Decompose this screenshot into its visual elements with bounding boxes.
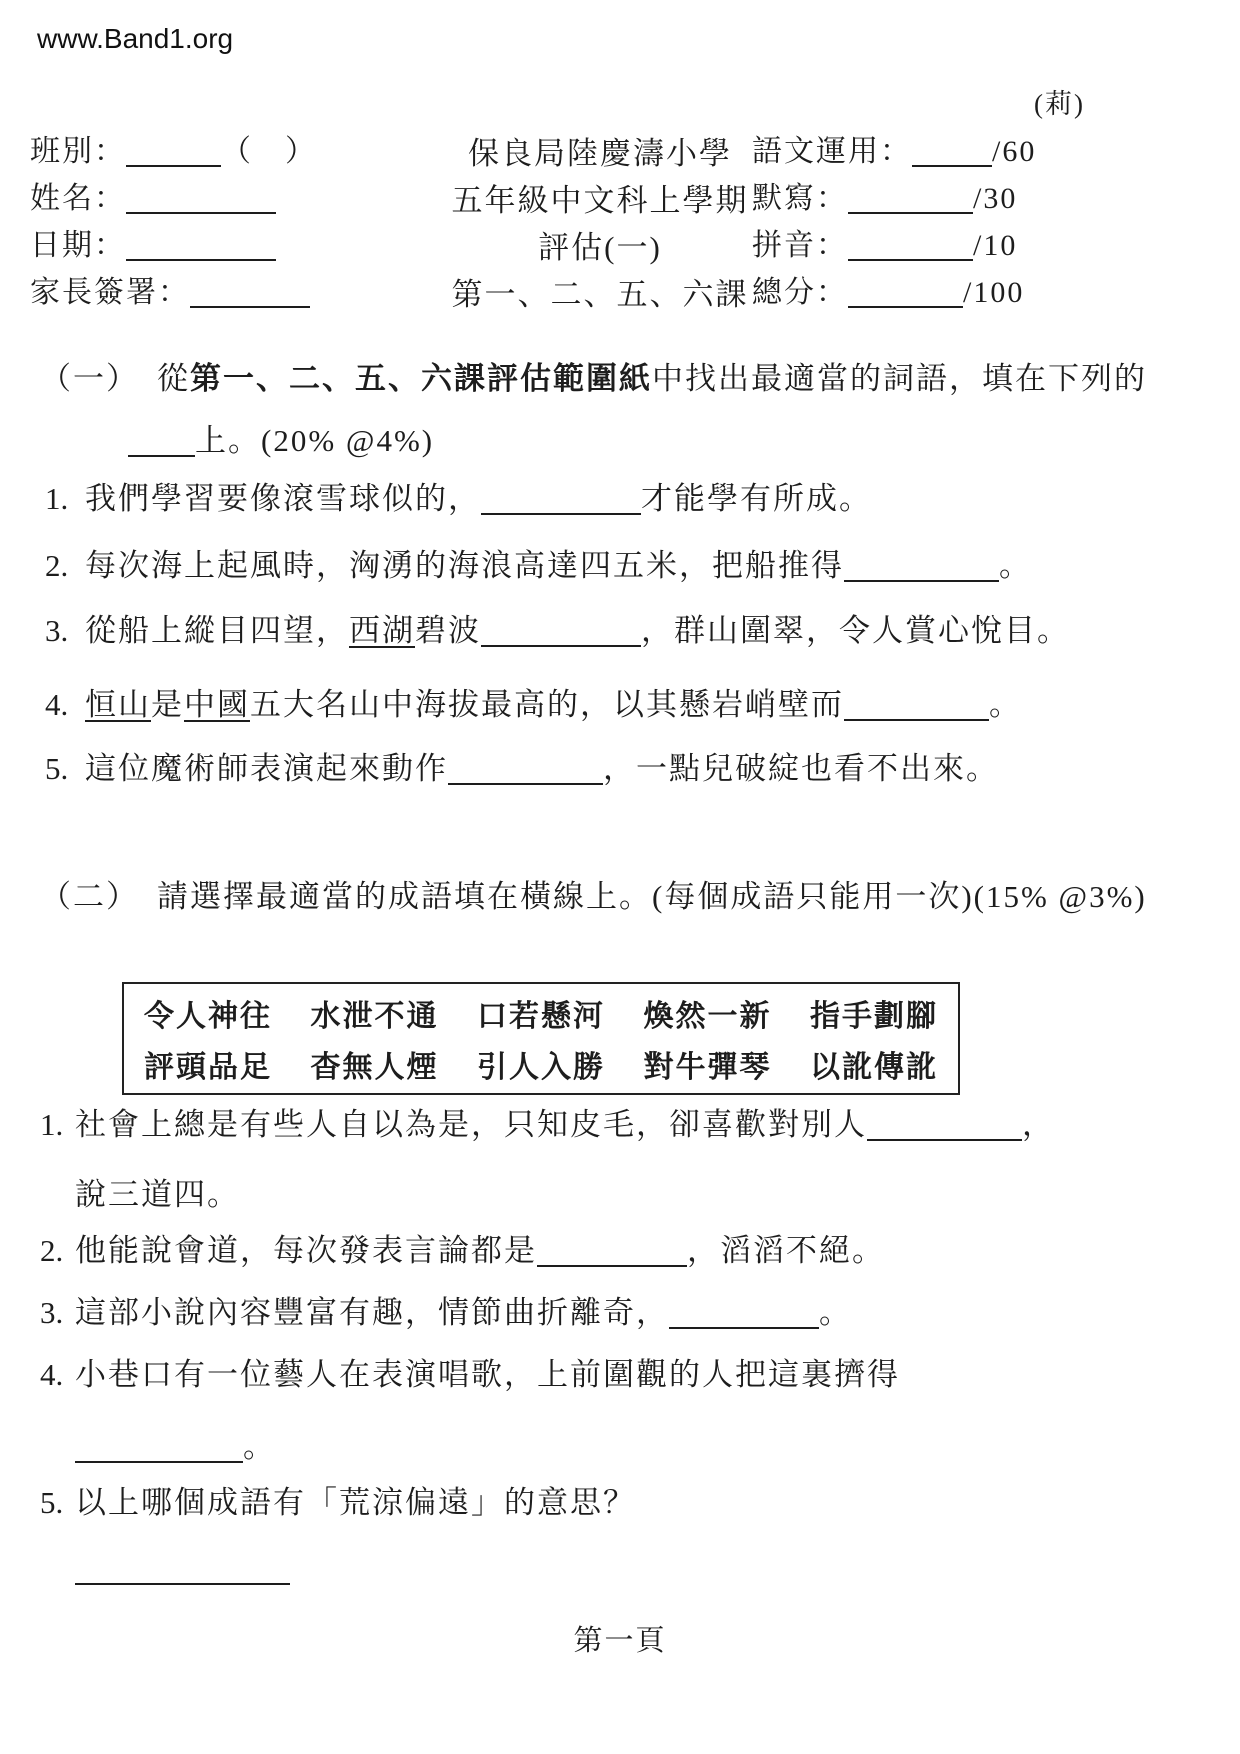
idiom-word-bank: 令人神往 水泄不通 口若懸河 煥然一新 指手劃腳 評頭品足 杳無人煙 引人入勝 … xyxy=(122,982,960,1095)
answer-blank[interactable] xyxy=(848,182,973,214)
s2-question-4-line2: 。 xyxy=(75,1428,276,1465)
s1-question-5: 5.這位魔術師表演起來動作，一點兒破綻也看不出來。 xyxy=(45,750,999,787)
answer-blank[interactable] xyxy=(126,135,221,167)
watermark-url: www.Band1.org xyxy=(37,22,233,56)
s1-question-3: 3.從船上縱目四望，西湖碧波，群山圍翠，令人賞心悅目。 xyxy=(45,612,1070,649)
text-run: /30 xyxy=(973,182,1017,215)
text-run: ，群山圍翠，令人賞心悅目。 xyxy=(641,613,1070,648)
idiom-option: 對牛彈琴 xyxy=(644,1042,772,1086)
section1-intro-line1: 從第一、二、五、六課評估範圍紙中找出最適當的詞語，填在下列的 xyxy=(157,361,1147,396)
s2-question-4-line1: 4.小巷口有一位藝人在表演唱歌，上前圍觀的人把這裏擠得 xyxy=(40,1356,900,1393)
answer-blank[interactable] xyxy=(669,1296,819,1329)
section2-intro: 請選擇最適當的成語填在橫線上。(每個成語只能用一次)(15% @3%) xyxy=(157,879,1147,914)
s1-question-1: 1.我們學習要像滾雪球似的，才能學有所成。 xyxy=(45,480,872,517)
question-number: 4. xyxy=(45,686,85,723)
text-run: 拼音： xyxy=(752,229,848,262)
text-run: ， xyxy=(1022,1107,1055,1142)
section2-heading: （二）請選擇最適當的成語填在橫線上。(每個成語只能用一次)(15% @3%) xyxy=(40,878,1147,915)
student-info-fields: 班別：（ ） 姓名： 日期： 家長簽署： xyxy=(30,128,317,316)
s2-question-2: 2.他能說會道，每次發表言論都是，滔滔不絕。 xyxy=(40,1232,885,1269)
answer-blank[interactable] xyxy=(126,182,276,214)
question-number: 1. xyxy=(45,480,85,517)
text-run: 他能說會道，每次發表言論都是 xyxy=(75,1233,537,1268)
answer-blank[interactable] xyxy=(912,135,992,167)
s1-question-4: 4.恒山是中國五大名山中海拔最高的，以其懸岩峭壁而。 xyxy=(45,686,1022,723)
underlined-term: 西湖 xyxy=(349,613,415,648)
idiom-option: 以訛傳訛 xyxy=(810,1042,938,1086)
text-run: 總分： xyxy=(752,276,848,309)
text-run: ，一點兒破綻也看不出來。 xyxy=(603,751,999,786)
idiom-row-2: 評頭品足 杳無人煙 引人入勝 對牛彈琴 以訛傳訛 xyxy=(144,1042,938,1086)
text-run: 是 xyxy=(151,687,184,722)
section2-number: （二） xyxy=(40,879,139,914)
text-run: 日期： xyxy=(30,229,126,262)
date-field-row: 日期： xyxy=(30,222,317,269)
answer-blank[interactable] xyxy=(75,1430,243,1463)
question-text: 他能說會道，每次發表言論都是，滔滔不絕。 xyxy=(75,1233,885,1268)
text-run: 班別： xyxy=(30,135,126,168)
page-number-footer: 第一頁 xyxy=(0,1624,1240,1659)
underlined-term: 恒山 xyxy=(85,687,151,722)
s1-question-2: 2.每次海上起風時，洶湧的海浪高達四五米，把船推得。 xyxy=(45,547,1032,584)
pinyin-score-row: 拼音：/10 xyxy=(752,222,1036,269)
underlined-term: 中國 xyxy=(184,687,250,722)
section1-heading: （一）從第一、二、五、六課評估範圍紙中找出最適當的詞語，填在下列的 xyxy=(40,360,1147,397)
text-run: （ ） xyxy=(221,135,317,168)
text-run: /60 xyxy=(992,135,1036,168)
text-run: 家長簽署： xyxy=(30,276,190,309)
text-run: 小巷口有一位藝人在表演唱歌，上前圍觀的人把這裏擠得 xyxy=(75,1357,900,1392)
question-number: 5. xyxy=(40,1484,75,1521)
text-run: 從 xyxy=(157,361,190,396)
name-field-row: 姓名： xyxy=(30,175,317,222)
question-text: 社會上總是有些人自以為是，只知皮毛，卻喜歡對別人， xyxy=(75,1107,1055,1142)
question-number: 3. xyxy=(40,1294,75,1331)
answer-blank[interactable] xyxy=(537,1234,687,1267)
question-text: 小巷口有一位藝人在表演唱歌，上前圍觀的人把這裏擠得 xyxy=(75,1357,900,1392)
idiom-option: 令人神往 xyxy=(144,991,272,1035)
question-text: 恒山是中國五大名山中海拔最高的，以其懸岩峭壁而。 xyxy=(85,687,1022,722)
question-number: 4. xyxy=(40,1356,75,1393)
text-run: 中找出最適當的詞語，填在下列的 xyxy=(652,361,1147,396)
answer-blank[interactable] xyxy=(190,276,310,308)
answer-blank[interactable] xyxy=(844,549,999,582)
text-run: 才能學有所成。 xyxy=(641,481,872,516)
answer-blank[interactable] xyxy=(126,229,276,261)
question-text: 每次海上起風時，洶湧的海浪高達四五米，把船推得。 xyxy=(85,548,1032,583)
dictation-score-row: 默寫：/30 xyxy=(752,175,1036,222)
s2-question-5-line1: 5.以上哪個成語有「荒涼偏遠」的意思？ xyxy=(40,1484,636,1521)
parent-signature-field-row: 家長簽署： xyxy=(30,269,317,316)
text-run: 說三道四。 xyxy=(75,1177,240,1212)
text-run: 這位魔術師表演起來動作 xyxy=(85,751,448,786)
text-run: 第一、二、五、六課評估範圍紙 xyxy=(190,361,652,396)
idiom-option: 煥然一新 xyxy=(644,991,772,1035)
s2-question-1-line2: 說三道四。 xyxy=(75,1176,240,1213)
text-run: 語文運用： xyxy=(752,135,912,168)
text-run: 默寫： xyxy=(752,182,848,215)
text-run: ，滔滔不絕。 xyxy=(687,1233,885,1268)
answer-blank[interactable] xyxy=(75,1552,290,1585)
text-run: 以上哪個成語有「荒涼偏遠」的意思？ xyxy=(75,1485,636,1520)
total-score-row: 總分：/100 xyxy=(752,269,1036,316)
answer-blank[interactable] xyxy=(867,1108,1022,1141)
score-fields: 語文運用：/60 默寫：/30 拼音：/10 總分：/100 xyxy=(752,128,1036,316)
corner-mark: (莉) xyxy=(1034,88,1085,120)
question-text: 從船上縱目四望，西湖碧波，群山圍翠，令人賞心悅目。 xyxy=(85,613,1070,648)
text-run: /100 xyxy=(963,276,1024,309)
text-run: 。 xyxy=(819,1295,852,1330)
question-text: 以上哪個成語有「荒涼偏遠」的意思？ xyxy=(75,1485,636,1520)
text-run: 。 xyxy=(989,687,1022,722)
text-run: 這部小說內容豐富有趣，情節曲折離奇， xyxy=(75,1295,669,1330)
idiom-option: 杳無人煙 xyxy=(311,1042,439,1086)
section1-number: （一） xyxy=(40,361,139,396)
text-run: 五大名山中海拔最高的，以其懸岩峭壁而 xyxy=(250,687,844,722)
class-field-row: 班別：（ ） xyxy=(30,128,317,175)
idiom-option: 評頭品足 xyxy=(144,1042,272,1086)
text-run: 姓名： xyxy=(30,182,126,215)
idiom-option: 口若懸河 xyxy=(477,991,605,1035)
language-usage-score-row: 語文運用：/60 xyxy=(752,128,1036,175)
text-run: 社會上總是有些人自以為是，只知皮毛，卻喜歡對別人 xyxy=(75,1107,867,1142)
idiom-option: 引人入勝 xyxy=(477,1042,605,1086)
answer-blank[interactable] xyxy=(481,614,641,647)
s2-question-3: 3.這部小說內容豐富有趣，情節曲折離奇，。 xyxy=(40,1294,852,1331)
text-run: 我們學習要像滾雪球似的， xyxy=(85,481,481,516)
answer-blank[interactable] xyxy=(481,482,641,515)
question-number: 5. xyxy=(45,750,85,787)
idiom-option: 指手劃腳 xyxy=(810,991,938,1035)
section1-intro-line2: 上。(20% @4%) xyxy=(128,422,434,459)
text-run: /10 xyxy=(973,229,1017,262)
answer-blank[interactable] xyxy=(848,229,973,261)
question-number: 1. xyxy=(40,1106,75,1143)
text-run: 上。(20% @4%) xyxy=(195,423,434,458)
question-number: 3. xyxy=(45,612,85,649)
text-run: 。 xyxy=(243,1429,276,1464)
answer-blank[interactable] xyxy=(844,688,989,721)
answer-blank[interactable] xyxy=(128,424,195,457)
text-run: 每次海上起風時，洶湧的海浪高達四五米，把船推得 xyxy=(85,548,844,583)
question-text: 我們學習要像滾雪球似的，才能學有所成。 xyxy=(85,481,872,516)
question-text: 這部小說內容豐富有趣，情節曲折離奇，。 xyxy=(75,1295,852,1330)
exam-paper-page: www.Band1.org (莉) 班別：（ ） 姓名： 日期： 家長簽署： 保… xyxy=(0,0,1240,1754)
text-run: 。 xyxy=(999,548,1032,583)
question-number: 2. xyxy=(45,547,85,584)
s2-question-1-line1: 1.社會上總是有些人自以為是，只知皮毛，卻喜歡對別人， xyxy=(40,1106,1055,1143)
idiom-option: 水泄不通 xyxy=(311,991,439,1035)
s2-question-5-answer-line xyxy=(75,1550,290,1587)
text-run: 碧波 xyxy=(415,613,481,648)
answer-blank[interactable] xyxy=(448,752,603,785)
idiom-row-1: 令人神往 水泄不通 口若懸河 煥然一新 指手劃腳 xyxy=(144,991,938,1035)
answer-blank[interactable] xyxy=(848,276,963,308)
question-number: 2. xyxy=(40,1232,75,1269)
text-run: 從船上縱目四望， xyxy=(85,613,349,648)
question-text: 這位魔術師表演起來動作，一點兒破綻也看不出來。 xyxy=(85,751,999,786)
